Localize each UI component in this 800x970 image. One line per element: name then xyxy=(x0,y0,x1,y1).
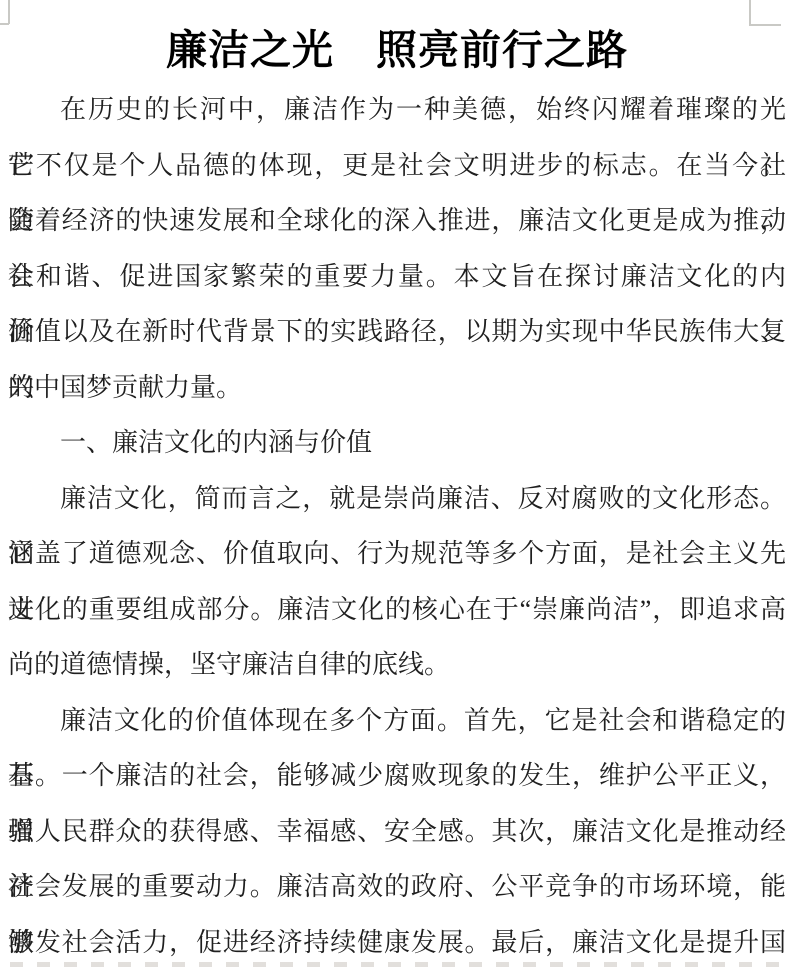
body-line[interactable]: 会和谐、促进国家繁荣的重要力量。本文旨在探讨廉洁文化的内涵、 xyxy=(8,249,786,305)
cutoff-next-line xyxy=(10,962,780,967)
body-line[interactable]: 廉洁文化的价值体现在多个方面。首先，它是社会和谐稳定的基 xyxy=(8,693,786,749)
body-line[interactable]: 价值以及在新时代背景下的实践路径，以期为实现中华民族伟大复兴 xyxy=(8,304,786,360)
body-line[interactable]: 石。一个廉洁的社会，能够减少腐败现象的发生，维护公平正义，增 xyxy=(8,748,786,804)
margin-crop-mark-top-left xyxy=(8,0,10,24)
body-line[interactable]: 强人民群众的获得感、幸福感、安全感。其次，廉洁文化是推动经济 xyxy=(8,804,786,860)
body-line[interactable]: 社会发展的重要动力。廉洁高效的政府、公平竞争的市场环境，能够 xyxy=(8,859,786,915)
body-line[interactable]: 一、廉洁文化的内涵与价值 xyxy=(8,415,786,471)
body-line[interactable]: 它不仅是个人品德的体现，更是社会文明进步的标志。在当今社会， xyxy=(8,138,786,194)
body-line[interactable]: 尚的道德情操，坚守廉洁自律的底线。 xyxy=(8,637,786,693)
body-line[interactable]: 文化的重要组成部分。廉洁文化的核心在于“崇廉尚洁”，即追求高 xyxy=(8,582,786,638)
body-line[interactable]: 廉洁文化，简而言之，就是崇尚廉洁、反对腐败的文化形态。它 xyxy=(8,471,786,527)
body-line[interactable]: 随着经济的快速发展和全球化的深入推进，廉洁文化更是成为推动社 xyxy=(8,193,786,249)
document-body: 在历史的长河中，廉洁作为一种美德，始终闪耀着璀璨的光芒。它不仅是个人品德的体现，… xyxy=(8,82,786,970)
document-title[interactable]: 廉洁之光 照亮前行之路 xyxy=(8,22,786,78)
body-line[interactable]: 的中国梦贡献力量。 xyxy=(8,360,786,416)
document-page: 廉洁之光 照亮前行之路 在历史的长河中，廉洁作为一种美德，始终闪耀着璀璨的光芒。… xyxy=(0,0,800,970)
body-line[interactable]: 涵盖了道德观念、价值取向、行为规范等多个方面，是社会主义先进 xyxy=(8,526,786,582)
body-line[interactable]: 在历史的长河中，廉洁作为一种美德，始终闪耀着璀璨的光芒。 xyxy=(8,82,786,138)
